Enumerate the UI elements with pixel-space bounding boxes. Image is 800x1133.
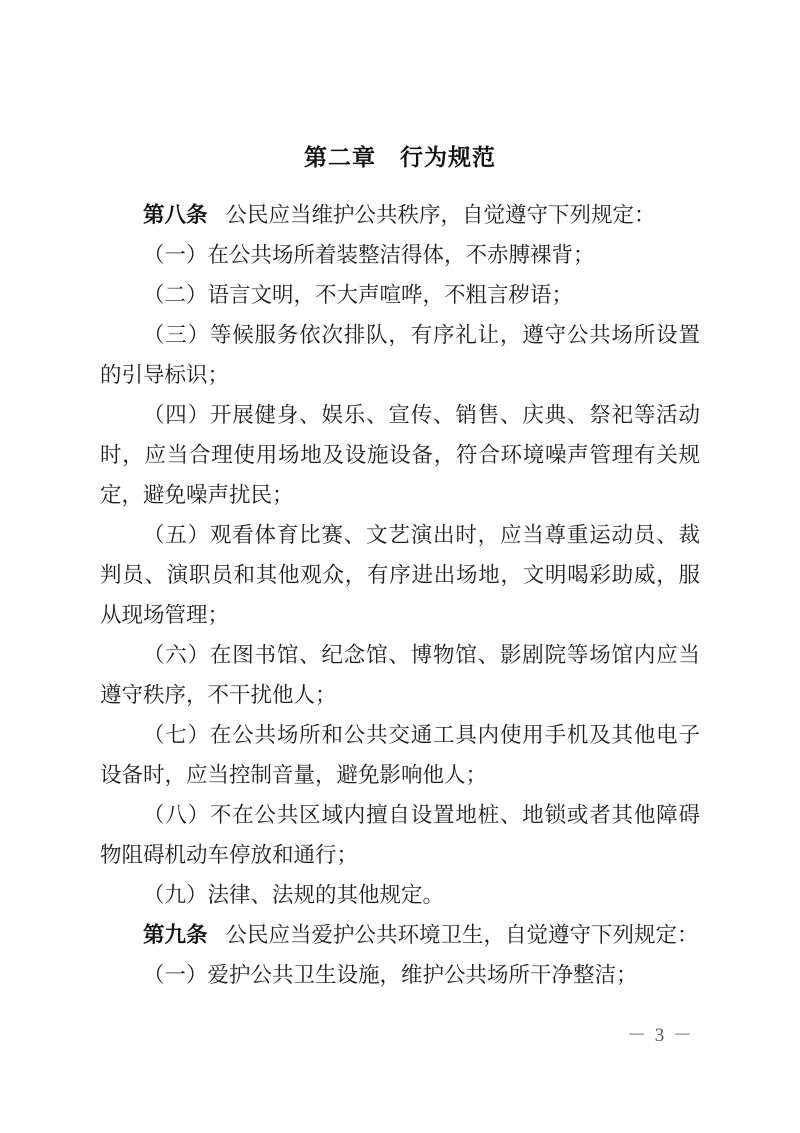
article-9-lead: 公民应当爱护公共环境卫生，自觉遵守下列规定： xyxy=(226,923,699,947)
article-8-item-8: （八）不在公共区域内擅自设置地桩、地锁或者其他障碍物阻碍机动车停放和通行； xyxy=(100,795,700,875)
article-8-item-6: （六）在图书馆、纪念馆、博物馆、影剧院等场馆内应当遵守秩序，不干扰他人； xyxy=(100,635,700,715)
article-8-item-1: （一）在公共场所着装整洁得体，不赤膊裸背； xyxy=(100,235,700,275)
article-8-item-5: （五）观看体育比赛、文艺演出时，应当尊重运动员、裁判员、演职员和其他观众，有序进… xyxy=(100,515,700,635)
document-page: 第二章 行为规范 第八条公民应当维护公共秩序，自觉遵守下列规定： （一）在公共场… xyxy=(0,0,800,1133)
article-9-item-1: （一）爱护公共卫生设施，维护公共场所干净整洁； xyxy=(100,955,700,995)
article-8-lead: 公民应当维护公共秩序，自觉遵守下列规定： xyxy=(226,203,656,227)
article-8-term: 第八条 xyxy=(143,203,208,227)
article-8-item-4: （四）开展健身、娱乐、宣传、销售、庆典、祭祀等活动时，应当合理使用场地及设施设备… xyxy=(100,395,700,515)
article-8-item-9: （九）法律、法规的其他规定。 xyxy=(100,875,700,915)
article-8-item-2: （二）语言文明，不大声喧哗，不粗言秽语； xyxy=(100,275,700,315)
document-content: 第二章 行为规范 第八条公民应当维护公共秩序，自觉遵守下列规定： （一）在公共场… xyxy=(100,0,700,995)
chapter-title: 第二章 行为规范 xyxy=(100,136,700,178)
article-8-item-3: （三）等候服务依次排队，有序礼让，遵守公共场所设置的引导标识； xyxy=(100,315,700,395)
article-8-heading: 第八条公民应当维护公共秩序，自觉遵守下列规定： xyxy=(100,195,700,235)
article-8-item-7: （七）在公共场所和公共交通工具内使用手机及其他电子设备时，应当控制音量，避免影响… xyxy=(100,715,700,795)
page-number: － 3 － xyxy=(627,1025,694,1047)
article-9-heading: 第九条公民应当爱护公共环境卫生，自觉遵守下列规定： xyxy=(100,915,700,955)
article-9-term: 第九条 xyxy=(143,923,208,947)
